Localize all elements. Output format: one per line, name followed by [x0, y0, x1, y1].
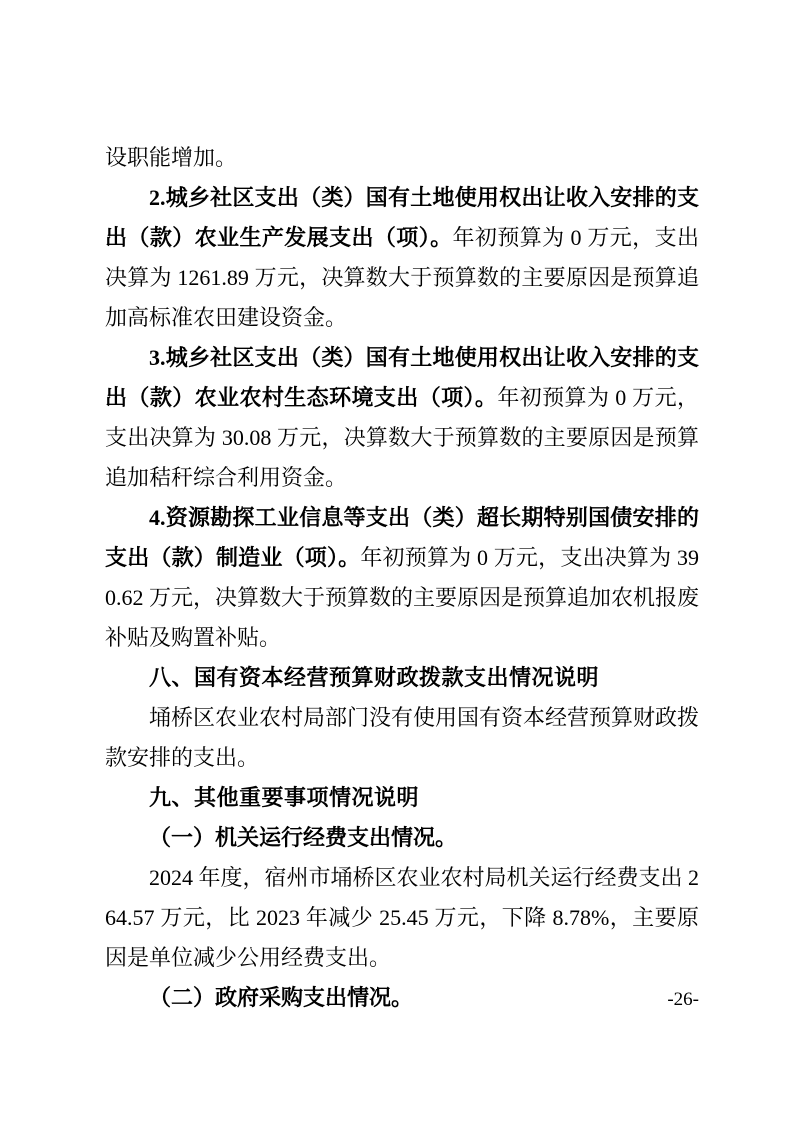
paragraph-item-2: 2.城乡社区支出（类）国有土地使用权出让收入安排的支出（款）农业生产发展支出（项…: [105, 178, 699, 338]
section-heading-8: 八、国有资本经营预算财政拨款支出情况说明: [105, 658, 699, 698]
subheading-9-1: （一）机关运行经费支出情况。: [105, 818, 699, 858]
paragraph-section-8-body: 埇桥区农业农村局部门没有使用国有资本经营预算财政拨款安排的支出。: [105, 698, 699, 778]
page-number: -26-: [105, 987, 699, 1013]
paragraph-item-4: 4.资源勘探工业信息等支出（类）超长期特别国债安排的支出（款）制造业（项）。年初…: [105, 498, 699, 658]
paragraph-operating-expense: 2024 年度，宿州市埇桥区农业农村局机关运行经费支出 264.57 万元，比 …: [105, 858, 699, 978]
section-heading-9: 九、其他重要事项情况说明: [105, 778, 699, 818]
paragraph-continuation: 设职能增加。: [105, 138, 699, 178]
page-content: 设职能增加。 2.城乡社区支出（类）国有土地使用权出让收入安排的支出（款）农业生…: [105, 138, 699, 1018]
paragraph-item-3: 3.城乡社区支出（类）国有土地使用权出让收入安排的支出（款）农业农村生态环境支出…: [105, 338, 699, 498]
document-page: 设职能增加。 2.城乡社区支出（类）国有土地使用权出让收入安排的支出（款）农业生…: [0, 0, 793, 1122]
